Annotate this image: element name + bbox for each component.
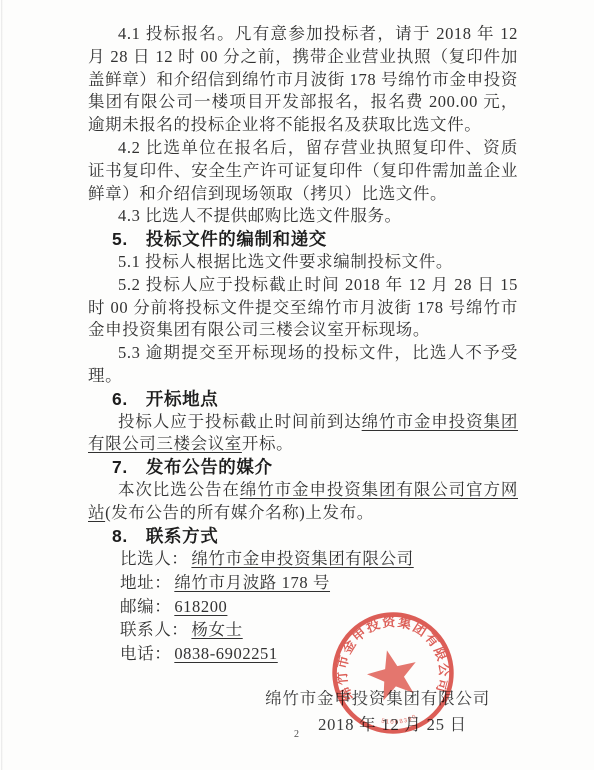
contact-value: 618200 (174, 597, 227, 616)
section-heading: 8. 联系方式 (88, 525, 518, 548)
text-run: 5.3 逾期提交至开标现场的投标文件，比选人不予受理。 (88, 343, 518, 385)
contact-value: 0838-6902251 (174, 644, 277, 663)
contact-list: 比选人：绵竹市金申投资集团有限公司地址：绵竹市月波路 178 号邮编：61820… (88, 547, 518, 665)
text-run: 本次比选公告在 (118, 480, 240, 499)
contact-label: 地址： (120, 573, 171, 592)
scanned-document-page: 4.1 投标报名。凡有意参加投标者，请于 2018 年 12 月 28 日 12… (0, 0, 594, 770)
contact-label: 比选人： (120, 549, 188, 568)
section-heading: 7. 发布公告的媒介 (88, 456, 518, 479)
contact-row: 地址：绵竹市月波路 178 号 (120, 571, 518, 595)
text-run: 6. 开标地点 (112, 389, 218, 409)
text-run: 5.2 投标人应于投标截止时间 2018 年 12 月 28 日 15 时 00… (88, 275, 518, 340)
scan-edge-artifact (1, 0, 3, 770)
paragraph: 4.1 投标报名。凡有意参加投标者，请于 2018 年 12 月 28 日 12… (88, 23, 518, 137)
paragraph: 本次比选公告在绵竹市金申投资集团有限公司官方网站(发布公告的所有媒介名称)上发布… (88, 479, 518, 525)
text-run: 4.1 投标报名。凡有意参加投标者，请于 2018 年 12 月 28 日 12… (88, 24, 518, 134)
text-run: 5.1 投标人根据比选文件要求编制投标文件。 (118, 252, 453, 271)
section-heading: 6. 开标地点 (88, 388, 518, 411)
paragraph: 5.1 投标人根据比选文件要求编制投标文件。 (88, 251, 518, 274)
contact-row: 比选人：绵竹市金申投资集团有限公司 (120, 547, 518, 571)
text-run: 4.2 比选单位在报名后，留存营业执照复印件、资质证书复印件、安全生产许可证复印… (88, 138, 518, 203)
contact-row: 电话：0838-6902251 (120, 642, 518, 666)
text-run: 4.3 比选人不提供邮购比选文件服务。 (118, 206, 402, 225)
text-run: 开标。 (242, 434, 293, 453)
section-heading: 5. 投标文件的编制和递交 (88, 228, 518, 251)
paragraph: 5.3 逾期提交至开标现场的投标文件，比选人不予受理。 (88, 342, 518, 388)
contact-label: 电话： (120, 644, 171, 663)
text-run: 7. 发布公告的媒介 (112, 457, 273, 477)
page-number: 2 (0, 729, 594, 740)
paragraph: 5.2 投标人应于投标截止时间 2018 年 12 月 28 日 15 时 00… (88, 274, 518, 342)
signature-company: 绵竹市金申投资集团有限公司 (265, 687, 490, 710)
contact-label: 邮编： (120, 597, 171, 616)
text-run: (发布公告的所有媒介名称)上发布。 (105, 503, 374, 522)
contact-value: 杨女士 (191, 620, 242, 639)
contact-row: 联系人：杨女士 (120, 618, 518, 642)
text-run: 5. 投标文件的编制和递交 (112, 229, 327, 249)
contact-value: 绵竹市金申投资集团有限公司 (191, 549, 413, 568)
paragraph: 投标人应于投标截止时间前到达绵竹市金申投资集团有限公司三楼会议室开标。 (88, 411, 518, 457)
text-run: 8. 联系方式 (112, 526, 218, 546)
paragraph: 4.3 比选人不提供邮购比选文件服务。 (88, 205, 518, 228)
contact-value: 绵竹市月波路 178 号 (174, 573, 330, 592)
contact-row: 邮编：618200 (120, 595, 518, 619)
text-run: 投标人应于投标截止时间前到达 (118, 412, 362, 431)
contact-label: 联系人： (120, 620, 188, 639)
signature-company-line: 绵竹市金申投资集团有限公司 (88, 687, 518, 710)
document-body: 4.1 投标报名。凡有意参加投标者，请于 2018 年 12 月 28 日 12… (88, 23, 518, 547)
document-content: 4.1 投标报名。凡有意参加投标者，请于 2018 年 12 月 28 日 12… (88, 23, 518, 736)
paragraph: 4.2 比选单位在报名后，留存营业执照复印件、资质证书复印件、安全生产许可证复印… (88, 137, 518, 205)
